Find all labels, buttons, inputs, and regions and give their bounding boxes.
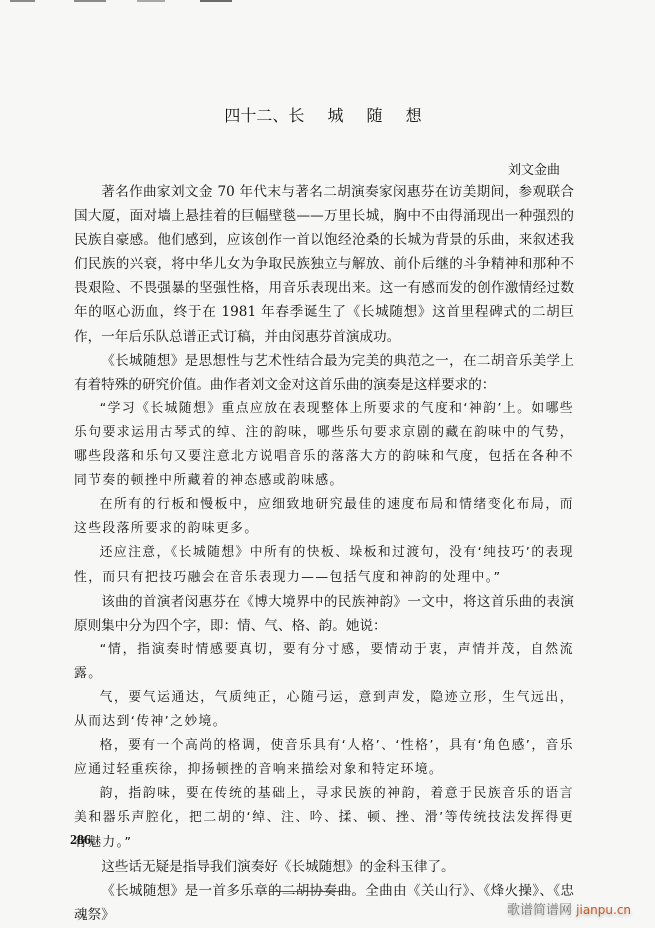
watermark-site-name: 歌谱简谱网: [507, 903, 572, 918]
quote-paragraph: 格，要有一个高尚的格调，使音乐具有‘人格’、‘性格’，具有‘角色感’，音乐应通过…: [74, 734, 574, 782]
scan-mark: [137, 0, 165, 2]
scan-mark: [200, 0, 232, 2]
paragraph: 著名作曲家刘文金 70 年代末与著名二胡演奏家闵惠芬在访美期间，参观联合国大厦，…: [74, 180, 574, 349]
quote-paragraph: 气，要气运通达，气质纯正，心随弓运，意到声发，隐迹立形，生气远出，从而达到‘传神…: [74, 686, 574, 734]
paragraph: 《长城随想》是思想性与艺术性结合最为完美的典范之一，在二胡音乐美学上有着特殊的研…: [74, 349, 574, 397]
site-watermark: 歌谱简谱网 jianpu.cn: [507, 899, 631, 918]
quote-paragraph: 韵，指韵味，要在传统的基础上，寻求民族的神韵，着意于民族音乐的语言美和器乐声腔化…: [74, 782, 574, 854]
scan-artifact-line: [345, 891, 351, 892]
scan-artifact-line: [262, 891, 267, 892]
paragraph: 《长城随想》是一首多乐章的二胡协奏曲。全曲由《关山行》、《烽火操》、《忠魂祭》: [74, 879, 574, 927]
page-number: 286: [70, 833, 91, 849]
paragraph: 这些话无疑是指导我们演奏好《长城随想》的金科玉律了。: [74, 855, 574, 879]
article-body: 著名作曲家刘文金 70 年代末与著名二胡演奏家闵惠芬在访美期间，参观联合国大厦，…: [74, 180, 574, 927]
scan-mark: [74, 0, 106, 2]
chapter-title: 四十二、长 城 随 想: [0, 103, 655, 126]
composer-credit: 刘文金曲: [508, 159, 560, 178]
chapter-name: 长 城 随 想: [288, 106, 430, 125]
quote-paragraph: 还应注意，《长城随想》中所有的快板、垛板和过渡句，没有‘纯技巧’的表现性，而只有…: [74, 541, 574, 589]
quote-paragraph: “学习《长城随想》重点应放在表现整体上所要求的气度和‘神韵’上。如哪些乐句要求运…: [74, 397, 574, 493]
paragraph: 该曲的首演者闵惠芬在《博大境界中的民族神韵》一文中，将这首乐曲的表演原则集中分为…: [74, 590, 574, 638]
scan-edge-marks: [0, 0, 260, 4]
watermark-url: jianpu.cn: [576, 903, 631, 917]
scan-mark: [10, 0, 35, 2]
quote-paragraph: 在所有的行板和慢板中，应细致地研究最佳的速度布局和情绪变化布局，而这些段落所要求…: [74, 493, 574, 541]
quote-paragraph: “情，指演奏时情感要真切，要有分寸感，要情动于衷，声情并茂，自然流露。: [74, 638, 574, 686]
chapter-number: 四十二、: [224, 106, 288, 125]
scan-artifact-line: [270, 891, 342, 892]
